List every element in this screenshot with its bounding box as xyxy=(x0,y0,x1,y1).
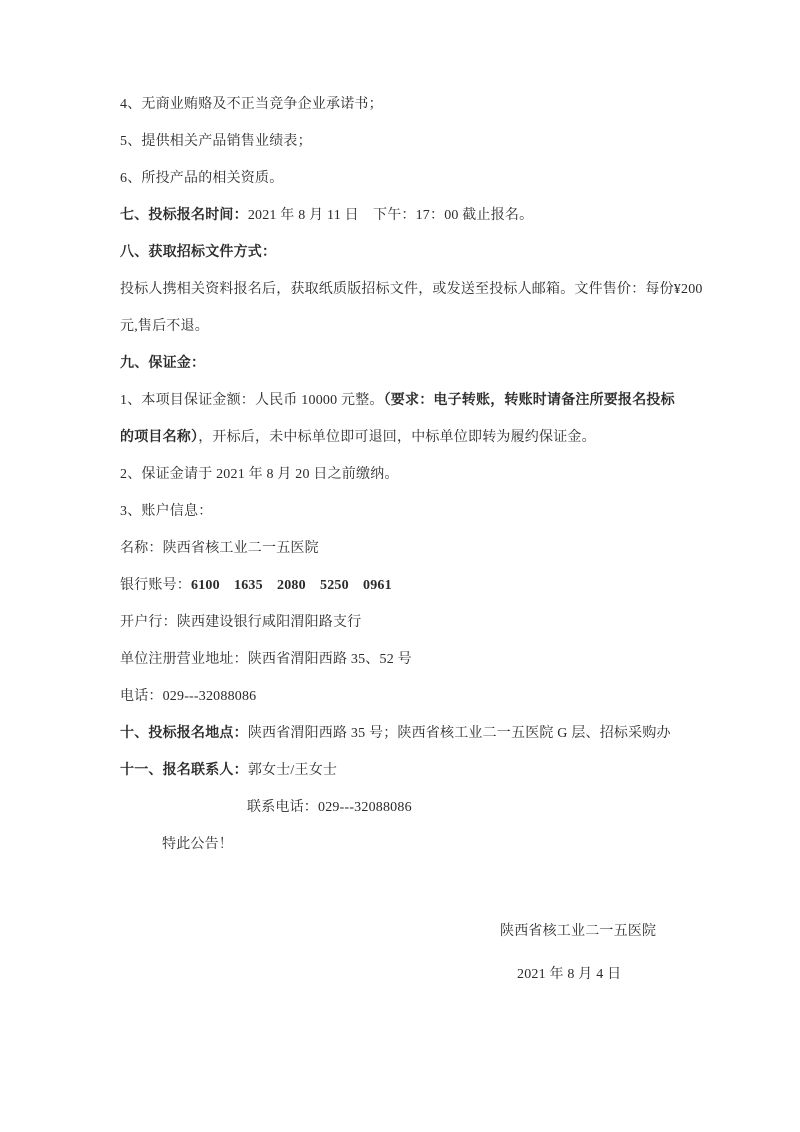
section-9-deposit-heading: 九、保证金： xyxy=(120,345,690,382)
closing-statement: 特此公告！ xyxy=(120,826,690,863)
section-11-contact-person: 十一、报名联系人：郭女士/王女士 xyxy=(120,752,690,789)
deposit-deadline-text: 2、保证金请于 2021 年 8 月 20 日之前缴纳。 xyxy=(120,467,399,482)
deposit-item-2: 2、保证金请于 2021 年 8 月 20 日之前缴纳。 xyxy=(120,456,690,493)
section-8-paragraph-line1: 投标人携相关资料报名后，获取纸质版招标文件，或发送至投标人邮箱。文件售价：每份¥… xyxy=(120,271,690,308)
section-10-heading: 十、投标报名地点： xyxy=(120,726,248,741)
account-phone-row: 电话：029---32088086 xyxy=(120,678,690,715)
section-8-paragraph-text2: 元,售后不退。 xyxy=(120,319,209,334)
account-name-row: 名称：陕西省核工业二一五医院 xyxy=(120,530,690,567)
signature-organization: 陕西省核工业二一五医院 xyxy=(120,913,690,950)
list-item-4: 4、无商业贿赂及不正当竞争企业承诺书； xyxy=(120,86,690,123)
date-text: 2021 年 8 月 4 日 xyxy=(517,967,621,982)
announcement-document-page: 4、无商业贿赂及不正当竞争企业承诺书； 5、提供相关产品销售业绩表； 6、所投产… xyxy=(0,0,800,1132)
deposit-item-1-line1: 1、本项目保证金额：人民币 10000 元整。（要求：电子转账，转账时请备注所要… xyxy=(120,382,690,419)
section-8-paragraph-text1: 投标人携相关资料报名后，获取纸质版招标文件，或发送至投标人邮箱。文件售价：每份¥… xyxy=(120,282,703,297)
section-8-paragraph-line2: 元,售后不退。 xyxy=(120,308,690,345)
section-10-value: 陕西省渭阳西路 35 号；陕西省核工业二一五医院 G 层、招标采购办 xyxy=(248,726,671,741)
account-phone-text: 电话：029---32088086 xyxy=(120,689,256,704)
account-name-text: 名称：陕西省核工业二一五医院 xyxy=(120,541,319,556)
deposit-amount-text: 1、本项目保证金额：人民币 10000 元整。 xyxy=(120,393,384,408)
signature-date: 2021 年 8 月 4 日 xyxy=(120,956,690,993)
contact-phone-row: 联系电话：029---32088086 xyxy=(120,789,690,826)
signature-text: 陕西省核工业二一五医院 xyxy=(500,924,656,939)
section-7-heading: 七、投标报名时间： xyxy=(120,208,248,223)
section-8-heading: 八、获取招标文件方式： xyxy=(120,245,276,260)
account-number-row: 银行账号：6100 1635 2080 5250 0961 xyxy=(120,567,690,604)
account-bank-row: 开户行：陕西建设银行咸阳渭阳路支行 xyxy=(120,604,690,641)
deposit-item-1-line2: 的项目名称），开标后，未中标单位即可退回，中标单位即转为履约保证金。 xyxy=(120,419,690,456)
section-11-value: 郭女士/王女士 xyxy=(248,763,337,778)
account-address-row: 单位注册营业地址：陕西省渭阳西路 35、52 号 xyxy=(120,641,690,678)
account-address-text: 单位注册营业地址：陕西省渭阳西路 35、52 号 xyxy=(120,652,412,667)
account-bank-text: 开户行：陕西建设银行咸阳渭阳路支行 xyxy=(120,615,361,630)
section-7-registration-time: 七、投标报名时间：2021 年 8 月 11 日 下午：17：00 截止报名。 xyxy=(120,197,690,234)
contact-phone-text: 联系电话：029---32088086 xyxy=(247,800,412,815)
account-number-value: 6100 1635 2080 5250 0961 xyxy=(191,578,392,593)
section-11-heading: 十一、报名联系人： xyxy=(120,763,248,778)
section-10-registration-place: 十、投标报名地点：陕西省渭阳西路 35 号；陕西省核工业二一五医院 G 层、招标… xyxy=(120,715,690,752)
deposit-item-3-account-info: 3、账户信息： xyxy=(120,493,690,530)
section-7-value: 2021 年 8 月 11 日 下午：17：00 截止报名。 xyxy=(248,208,533,223)
item-6-text: 6、所投产品的相关资质。 xyxy=(120,171,283,186)
item-4-text: 4、无商业贿赂及不正当竞争企业承诺书； xyxy=(120,97,383,112)
deposit-requirement-bold: （要求：电子转账，转账时请备注所要报名投标 xyxy=(384,393,675,408)
list-item-6: 6、所投产品的相关资质。 xyxy=(120,160,690,197)
account-info-heading: 3、账户信息： xyxy=(120,504,212,519)
deposit-project-name-bold: 的项目名称） xyxy=(120,430,198,445)
closing-text: 特此公告！ xyxy=(162,837,233,852)
section-8-document-method-heading: 八、获取招标文件方式： xyxy=(120,234,690,271)
item-5-text: 5、提供相关产品销售业绩表； xyxy=(120,134,312,149)
account-number-label: 银行账号： xyxy=(120,578,191,593)
list-item-5: 5、提供相关产品销售业绩表； xyxy=(120,123,690,160)
deposit-refund-text: ，开标后，未中标单位即可退回，中标单位即转为履约保证金。 xyxy=(198,430,596,445)
section-9-heading: 九、保证金： xyxy=(120,356,205,371)
